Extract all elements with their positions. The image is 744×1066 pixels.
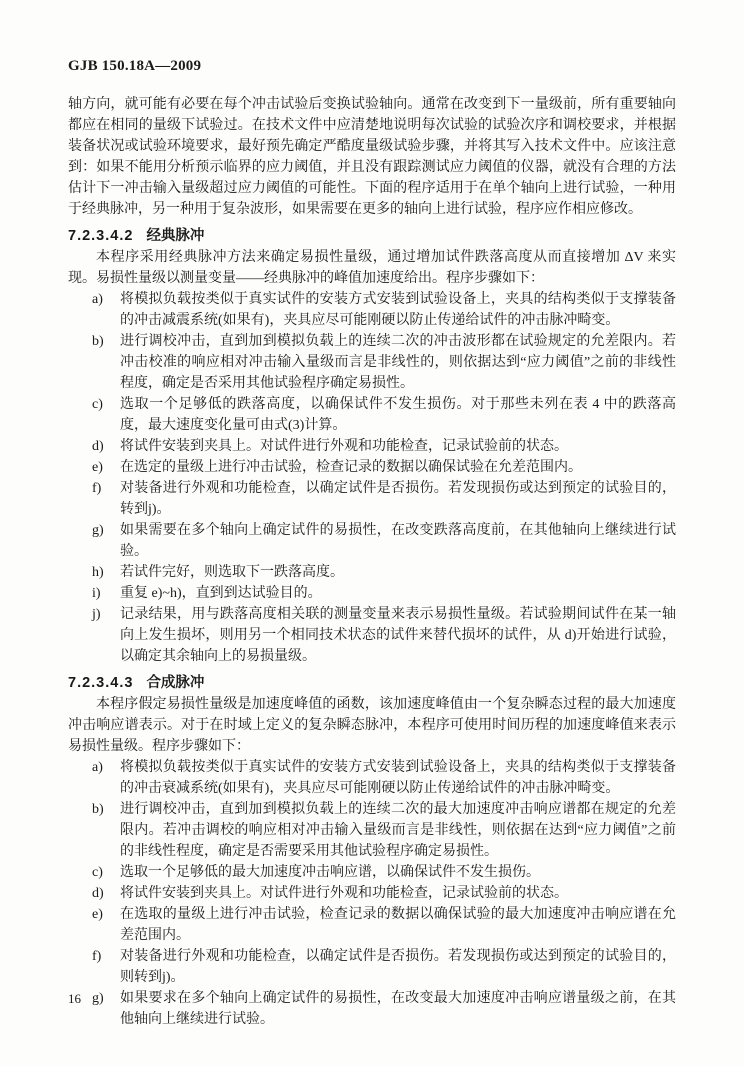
list-item: g) 如果需要在多个轴向上确定试件的易损性，在改变跌落高度前，在其他轴向上继续进… [68, 520, 676, 562]
section-heading-classic: 7.2.3.4.2经典脉冲 [68, 226, 676, 247]
section-intro-synthetic: 本程序假定易损性量级是加速度峰值的函数，该加速度峰值由一个复杂瞬态过程的最大加速… [68, 694, 676, 757]
item-text: 将试件安装到夹具上。对试件进行外观和功能检查，记录试验前的状态。 [120, 886, 568, 901]
list-item: d) 将试件安装到夹具上。对试件进行外观和功能检查，记录试验前的状态。 [68, 883, 676, 904]
item-label: f) [92, 478, 101, 499]
section-title: 经典脉冲 [146, 228, 204, 244]
list-item: h) 若试件完好，则选取下一跌落高度。 [68, 562, 676, 583]
item-label: e) [92, 457, 103, 478]
list-item: g) 如果要求在多个轴向上确定试件的易损性，在改变最大加速度冲击响应谱量级之前，… [68, 988, 676, 1030]
item-text: 在选定的量级上进行冲击试验，检查记录的数据以确保试验在允差范围内。 [120, 460, 582, 475]
item-label: b) [92, 331, 104, 352]
item-text: 对装备进行外观和功能检查，以确定试件是否损伤。若发现损伤或达到预定的试验目的，则… [120, 949, 676, 985]
item-label: c) [92, 394, 103, 415]
item-text: 进行调校冲击，直到加到模拟负载上的连续二次的冲击波形都在试验规定的允差限内。若冲… [120, 334, 676, 391]
item-label: d) [92, 436, 104, 457]
section-title: 合成脉冲 [146, 675, 204, 691]
item-text: 进行调校冲击，直到加到模拟负载上的连续二次的最大加速度冲击响应谱都在规定的允差限… [120, 802, 676, 859]
list-item: i) 重复 e)~h)，直到到达试验目的。 [68, 583, 676, 604]
item-text: 将模拟负载按类似于真实试件的安装方式安装到试验设备上，夹具的结构类似于支撑装备的… [120, 292, 676, 328]
list-item: c) 选取一个足够低的跌落高度，以确保试件不发生损伤。对于那些未列在表 4 中的… [68, 394, 676, 436]
list-item: b) 进行调校冲击，直到加到模拟负载上的连续二次的冲击波形都在试验规定的允差限内… [68, 331, 676, 394]
section-classic-pulse: 7.2.3.4.2经典脉冲 本程序采用经典脉冲方法来确定易损性量级，通过增加试件… [68, 226, 676, 667]
list-item: c) 选取一个足够低的最大加速度冲击响应谱，以确保试件不发生损伤。 [68, 862, 676, 883]
section-number: 7.2.3.4.2 [68, 228, 133, 244]
item-text: 记录结果，用与跌落高度相关联的测量变量来表示易损性量级。若试验期间试件在某一轴向… [120, 607, 676, 664]
item-label: e) [92, 904, 103, 925]
item-label: i) [92, 583, 101, 604]
standard-number-header: GJB 150.18A—2009 [68, 58, 201, 75]
section-synthetic-pulse: 7.2.3.4.3合成脉冲 本程序假定易损性量级是加速度峰值的函数，该加速度峰值… [68, 673, 676, 1030]
item-label: c) [92, 862, 103, 883]
step-list-synthetic: a) 将模拟负载按类似于真实试件的安装方式安装到试验设备上，夹具的结构类似于支撑… [68, 757, 676, 1030]
item-text: 如果要求在多个轴向上确定试件的易损性，在改变最大加速度冲击响应谱量级之前，在其他… [120, 991, 676, 1027]
item-text: 若试件完好，则选取下一跌落高度。 [120, 565, 344, 580]
item-text: 将试件安装到夹具上。对试件进行外观和功能检查，记录试验前的状态。 [120, 439, 568, 454]
item-label: g) [92, 520, 104, 541]
item-text: 将模拟负载按类似于真实试件的安装方式安装到试验设备上，夹具的结构类似于支撑装备的… [120, 760, 676, 796]
intro-paragraph: 轴方向，就可能有必要在每个冲击试验后变换试验轴向。通常在改变到下一量级前，所有重… [68, 94, 676, 220]
step-list-classic: a) 将模拟负载按类似于真实试件的安装方式安装到试验设备上，夹具的结构类似于支撑… [68, 289, 676, 667]
item-label: d) [92, 883, 104, 904]
item-text: 在选取的量级上进行冲击试验，检查记录的数据以确保试验的最大加速度冲击响应谱在允差… [120, 907, 676, 943]
list-item: a) 将模拟负载按类似于真实试件的安装方式安装到试验设备上，夹具的结构类似于支撑… [68, 289, 676, 331]
document-content: 轴方向，就可能有必要在每个冲击试验后变换试验轴向。通常在改变到下一量级前，所有重… [68, 94, 676, 1030]
list-item: e) 在选取的量级上进行冲击试验，检查记录的数据以确保试验的最大加速度冲击响应谱… [68, 904, 676, 946]
page-number: 16 [68, 991, 81, 1007]
list-item: a) 将模拟负载按类似于真实试件的安装方式安装到试验设备上，夹具的结构类似于支撑… [68, 757, 676, 799]
list-item: d) 将试件安装到夹具上。对试件进行外观和功能检查，记录试验前的状态。 [68, 436, 676, 457]
section-intro-classic: 本程序采用经典脉冲方法来确定易损性量级，通过增加试件跌落高度从而直接增加 ΔV … [68, 247, 676, 289]
item-label: h) [92, 562, 104, 583]
item-label: j) [92, 604, 101, 625]
document-page: GJB 150.18A—2009 轴方向，就可能有必要在每个冲击试验后变换试验轴… [0, 0, 744, 1066]
item-label: a) [92, 757, 103, 778]
list-item: b) 进行调校冲击，直到加到模拟负载上的连续二次的最大加速度冲击响应谱都在规定的… [68, 799, 676, 862]
item-label: b) [92, 799, 104, 820]
item-label: a) [92, 289, 103, 310]
item-text: 对装备进行外观和功能检查，以确定试件是否损伤。若发现损伤或达到预定的试验目的，转… [120, 481, 676, 517]
list-item: e) 在选定的量级上进行冲击试验，检查记录的数据以确保试验在允差范围内。 [68, 457, 676, 478]
item-text: 如果需要在多个轴向上确定试件的易损性，在改变跌落高度前，在其他轴向上继续进行试验… [120, 523, 676, 559]
item-text: 重复 e)~h)，直到到达试验目的。 [120, 586, 322, 601]
item-text: 选取一个足够低的跌落高度，以确保试件不发生损伤。对于那些未列在表 4 中的跌落高… [120, 397, 676, 433]
item-label: g) [92, 988, 104, 1009]
section-number: 7.2.3.4.3 [68, 675, 133, 691]
item-label: f) [92, 946, 101, 967]
list-item: f) 对装备进行外观和功能检查，以确定试件是否损伤。若发现损伤或达到预定的试验目… [68, 946, 676, 988]
item-text: 选取一个足够低的最大加速度冲击响应谱，以确保试件不发生损伤。 [120, 865, 540, 880]
section-heading-synthetic: 7.2.3.4.3合成脉冲 [68, 673, 676, 694]
list-item: f) 对装备进行外观和功能检查，以确定试件是否损伤。若发现损伤或达到预定的试验目… [68, 478, 676, 520]
list-item: j) 记录结果，用与跌落高度相关联的测量变量来表示易损性量级。若试验期间试件在某… [68, 604, 676, 667]
